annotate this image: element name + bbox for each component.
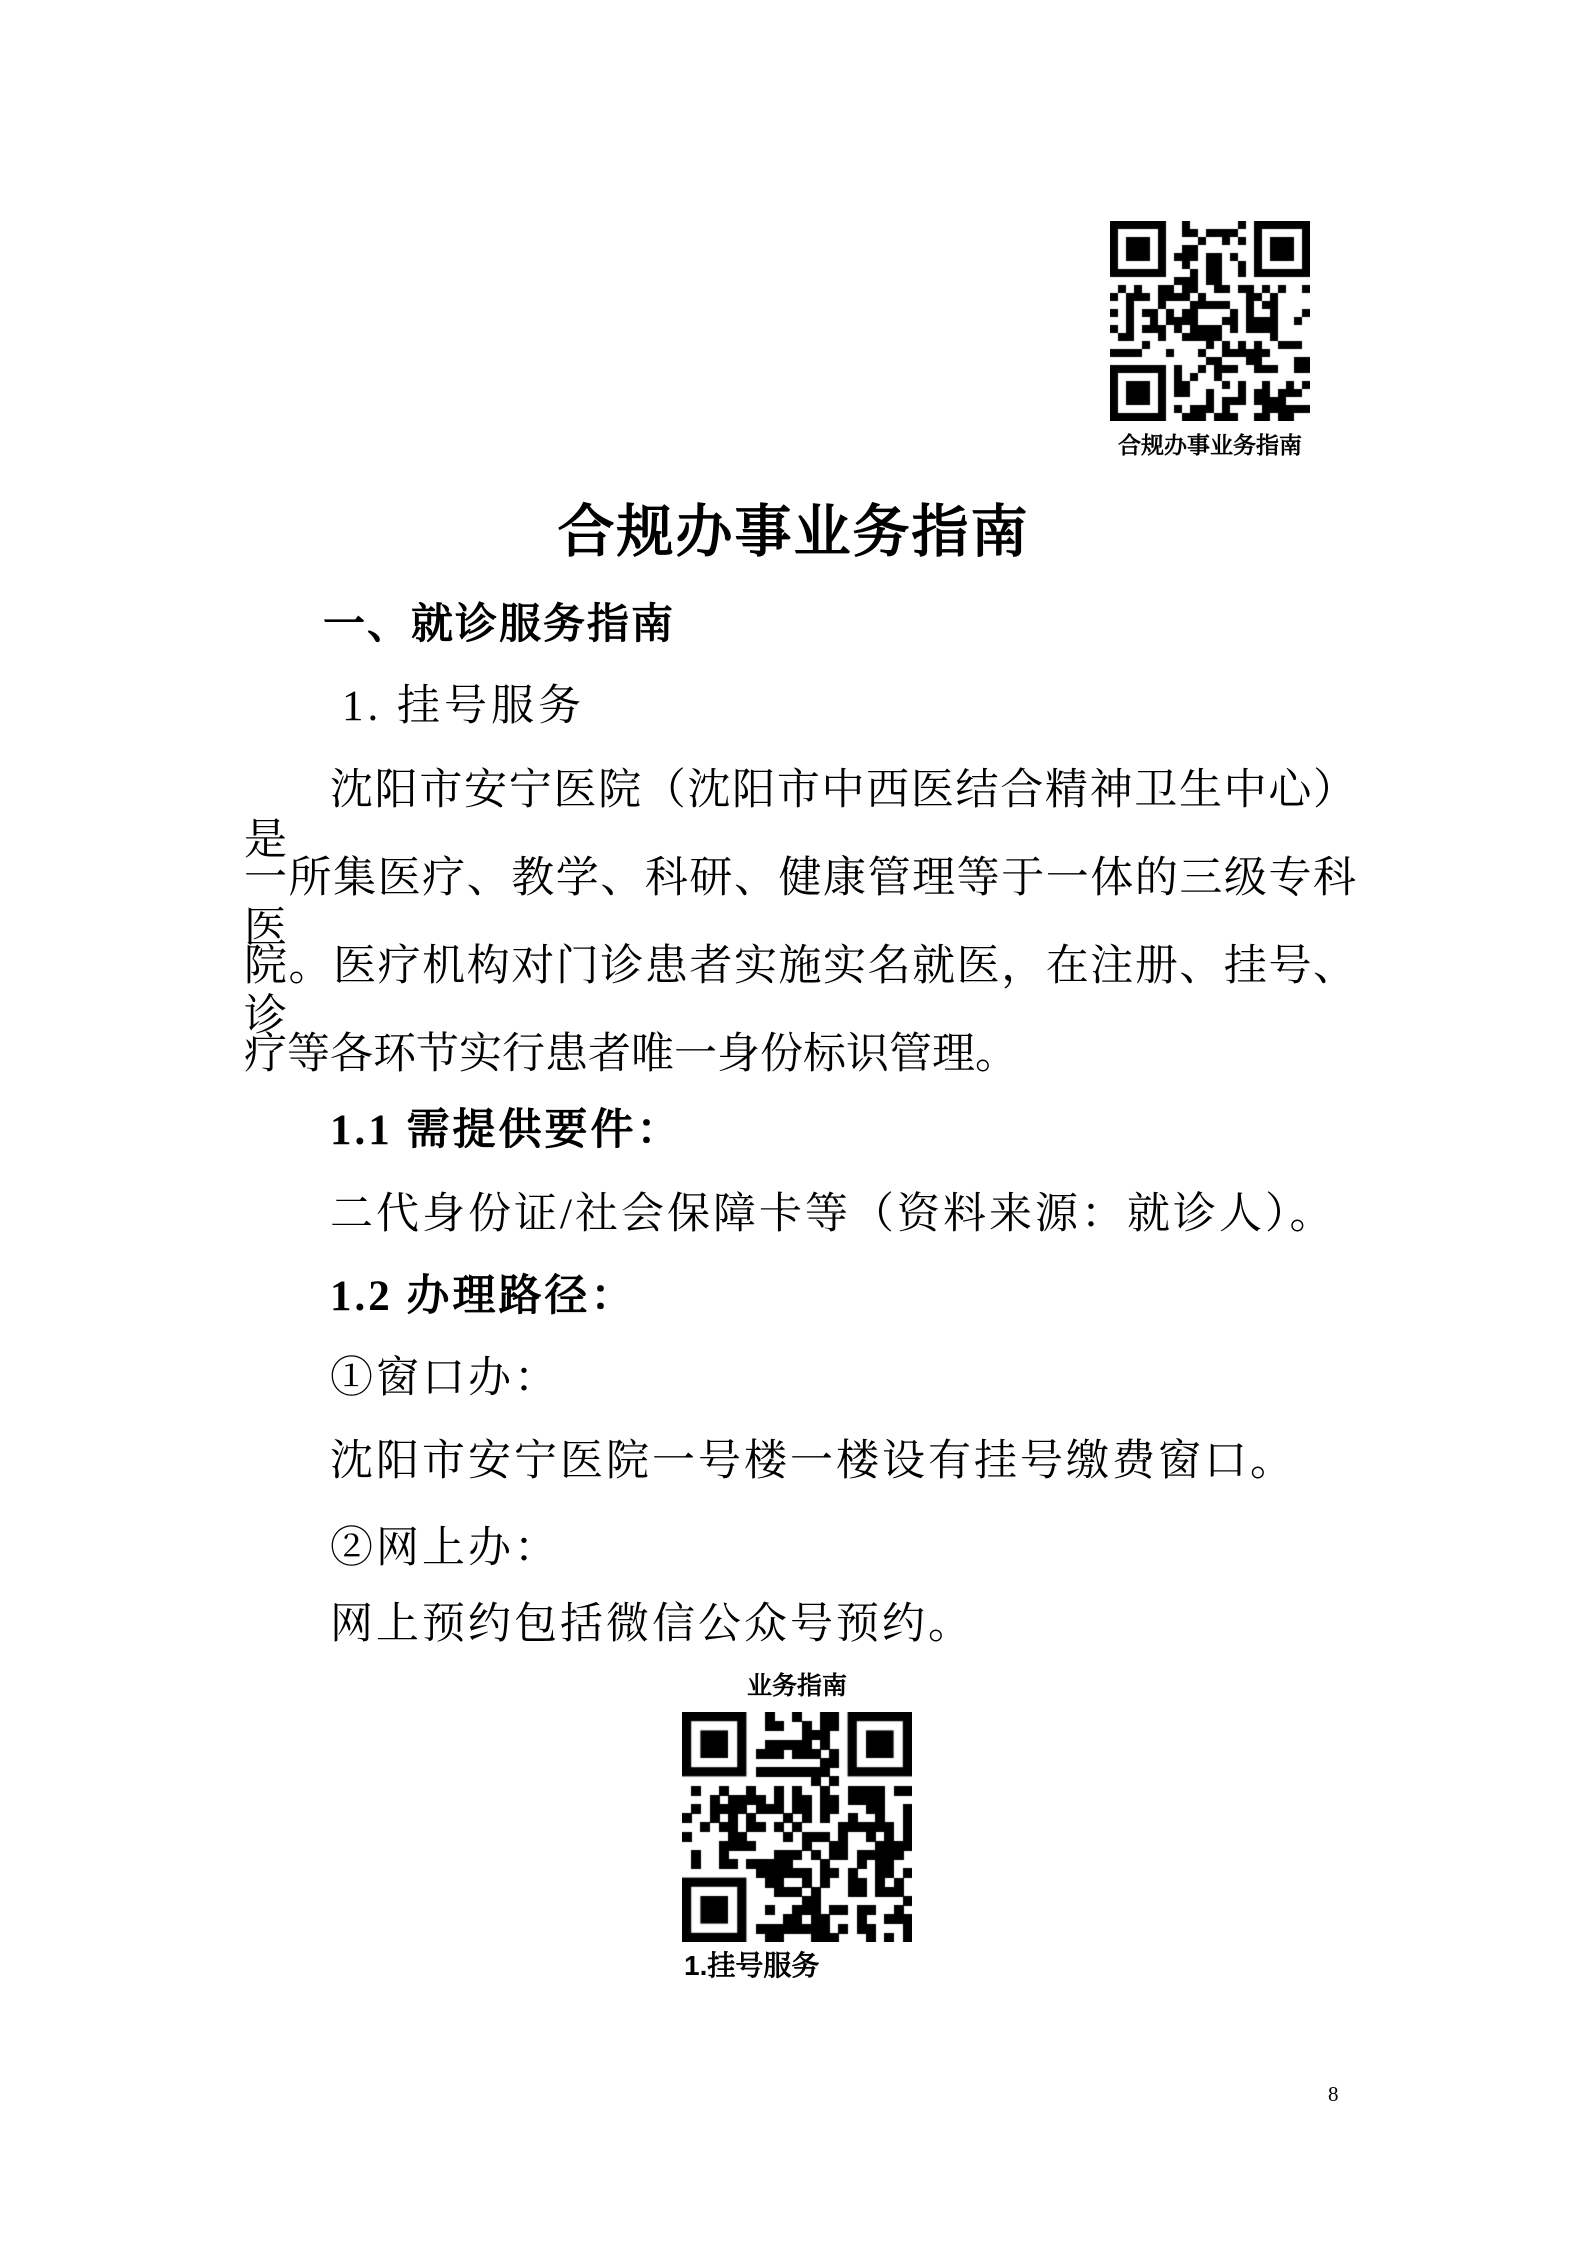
- section-heading: 一、就诊服务指南: [323, 600, 675, 648]
- procedure-option-online: ②网上办：: [330, 1524, 560, 1574]
- qr-bottom-label: 1.挂号服务: [684, 1950, 819, 1982]
- page-title: 合规办事业务指南: [0, 502, 1587, 564]
- document-page: 合规办事业务指南 合规办事业务指南 一、就诊服务指南 1. 挂号服务 沈阳市安宁…: [0, 0, 1587, 2245]
- procedure-option-window: ①窗口办：: [330, 1354, 560, 1404]
- qr-code-bottom-icon: [682, 1712, 912, 1942]
- paragraph-line: 沈阳市安宁医院（沈阳市中西医结合精神卫生中心）是: [244, 766, 1356, 866]
- requirement-detail: 二代身份证/社会保障卡等（资料来源：就诊人）。: [330, 1190, 1335, 1240]
- procedure-online-detail: 网上预约包括微信公众号预约。: [330, 1600, 974, 1650]
- paragraph-line: 疗等各环节实行患者唯一身份标识管理。: [244, 1030, 1356, 1080]
- requirement-heading: 1.1 需提供要件：: [330, 1106, 683, 1156]
- procedure-window-detail: 沈阳市安宁医院一号楼一楼设有挂号缴费窗口。: [330, 1437, 1296, 1487]
- qr-top-caption: 合规办事业务指南: [1030, 432, 1390, 458]
- page-number: 8: [1328, 2082, 1339, 2106]
- procedure-heading: 1.2 办理路径：: [330, 1272, 637, 1322]
- qr-bottom-caption: 业务指南: [662, 1672, 932, 1700]
- paragraph-line: 院。医疗机构对门诊患者实施实名就医，在注册、挂号、诊: [244, 942, 1356, 1042]
- qr-code-top-icon: [1110, 221, 1310, 421]
- subsection-heading: 1. 挂号服务: [342, 683, 585, 731]
- paragraph-line: 一所集医疗、教学、科研、健康管理等于一体的三级专科医: [244, 854, 1356, 954]
